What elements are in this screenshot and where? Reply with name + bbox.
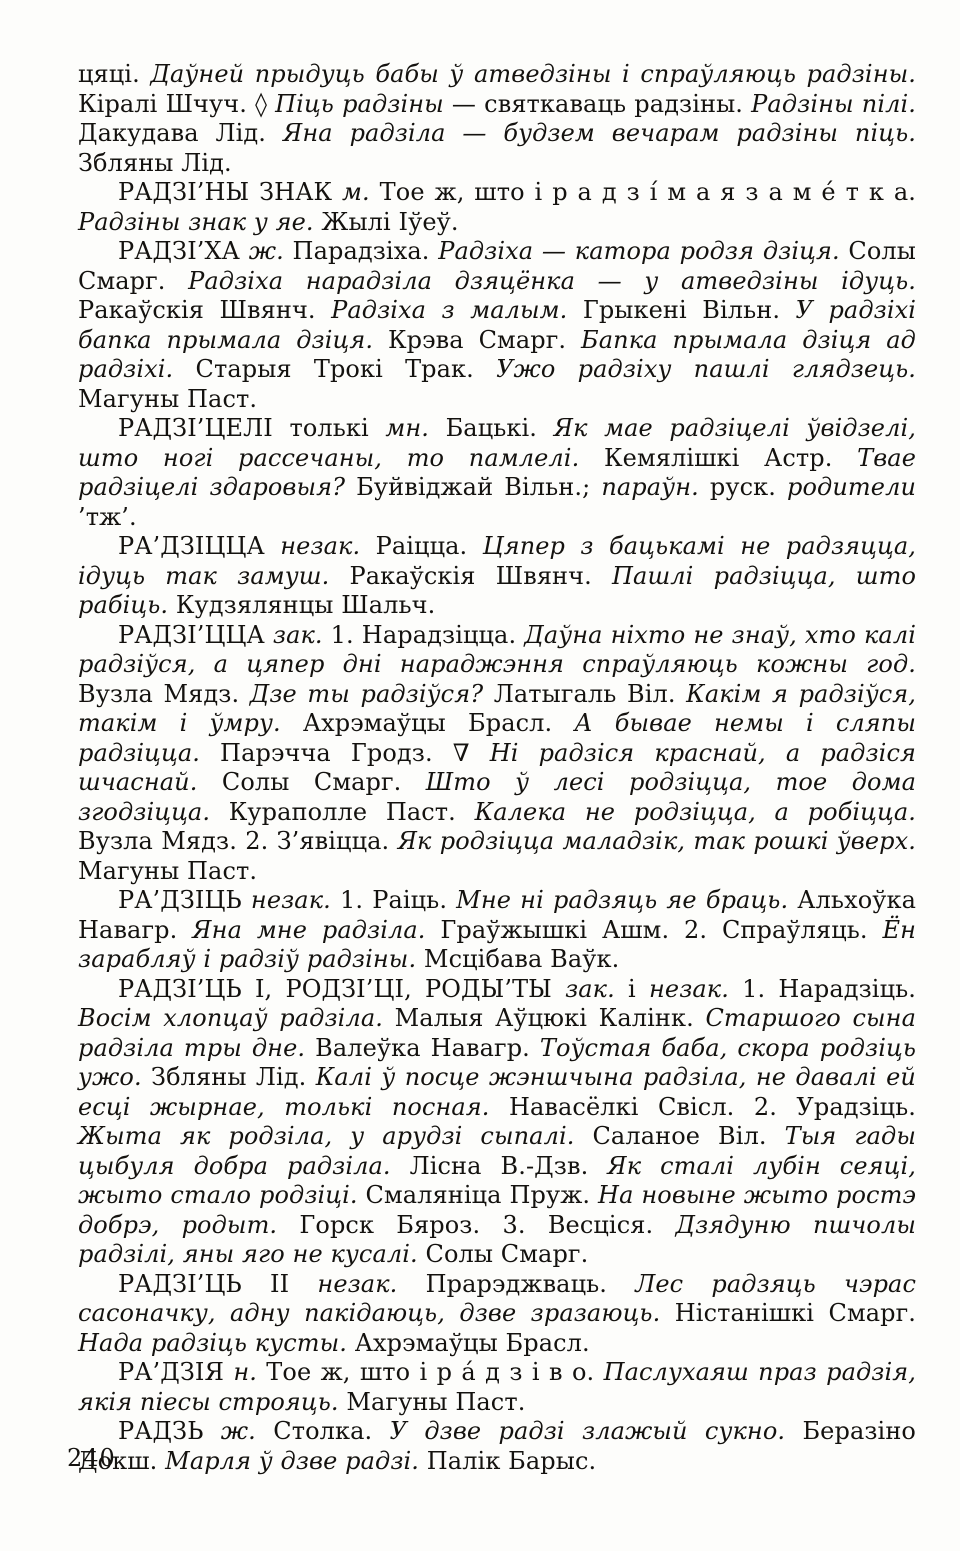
text-run: Старыя Трокі Трак. [173, 355, 496, 383]
example-italic: Нада радзіць кусты. [78, 1329, 347, 1357]
text-run: Палік Барыс. [419, 1447, 596, 1475]
text-run: Кудзялянцы Шальч. [168, 591, 435, 619]
entry-radz: РАДЗЬ ж. Столка. У дзве радзі злажый сук… [78, 1417, 916, 1476]
entry-radziya: РА’ДЗІЯ н. Тое ж, што і р а́ д з і в о. … [78, 1358, 916, 1417]
text-run: Жылі Іўеў. [314, 208, 459, 236]
text-run: Дакудава Лід. [78, 119, 283, 147]
example-italic: ж. [221, 1417, 256, 1445]
text-run: Граўжышкі Ашм. 2. Спраўляць. [426, 916, 883, 944]
text-run: Лісна В.-Дзв. [391, 1152, 608, 1180]
entry-radzits-nezak: РА’ДЗІЦЬ незак. 1. Раіць. Мне ні радзяць… [78, 886, 916, 975]
text-run: Солы Смарг. [197, 768, 425, 796]
text-run: Магуны Паст. [78, 385, 257, 413]
headword: РА’ДЗІЦЦА [118, 532, 280, 560]
text-run: Вузла Мядз. [78, 680, 250, 708]
example-italic: зак. [565, 975, 615, 1003]
text-run: Мсцібава Ваўк. [416, 945, 619, 973]
text-run: Збляны Лід. [142, 1063, 316, 1091]
text-run: Солы Смарг. [418, 1240, 589, 1268]
headword: РАДЗІ’ЦЕЛІ [118, 414, 273, 442]
text-run: Саланое Віл. [574, 1122, 784, 1150]
example-italic: Даўней прыдуць бабы ў атведзіны і спраўл… [150, 60, 916, 88]
example-italic: ж. [249, 237, 284, 265]
example-italic: Восім хлопцаў радзіла. [78, 1004, 383, 1032]
dictionary-text-block: цяці. Даўней прыдуць бабы ў атведзіны і … [78, 60, 916, 1476]
example-italic: незак. [280, 532, 360, 560]
text-run: цяці. [78, 60, 150, 88]
example-italic: Яна радзіла — будзем вечарам радзіны піц… [283, 119, 916, 147]
entry-radzits-ii: РАДЗІ’ЦЬ ІІ незак. Прарэджваць. Лес радз… [78, 1270, 916, 1359]
text-run: толькі [273, 414, 385, 442]
text-run: Латыгаль Віл. [483, 680, 686, 708]
example-italic: Мне ні радзяць яе браць. [456, 886, 788, 914]
entry-radzikha: РАДЗІ’ХА ж. Парадзіха. Радзіха — катора … [78, 237, 916, 414]
example-italic: незак. [649, 975, 729, 1003]
example-italic: Радзіха — катора родзя дзіця. [438, 237, 839, 265]
example-italic: м. [342, 178, 370, 206]
example-italic: Жыта як родзіла, у арудзі сыпалі. [78, 1122, 574, 1150]
dictionary-page: цяці. Даўней прыдуць бабы ў атведзіны і … [0, 0, 960, 1551]
entry-radzits-i: РАДЗІ’ЦЬ І, РОДЗІ’ЦІ, РОДЫ’ТЫ зак. і нез… [78, 975, 916, 1270]
text-run: 1. Нарадзіцца. [323, 621, 525, 649]
example-italic: родители [787, 473, 916, 501]
text-run: Столка. [256, 1417, 390, 1445]
text-run: 1. Раіць. [331, 886, 456, 914]
example-italic: мн. [385, 414, 429, 442]
text-run: Раіцца. [360, 532, 482, 560]
text-run: Тое ж, што і р а д з і́ м а я з а м е́ т… [370, 178, 916, 206]
text-run: Горск Бяроз. 3. Весціся. [277, 1211, 675, 1239]
text-run: Кемялішкі Астр. [579, 444, 857, 472]
text-run: Парэчча Гродз. ∇ [200, 739, 490, 767]
example-italic: Радзіха з малым. [331, 296, 567, 324]
example-italic: параўн. [601, 473, 699, 501]
text-run: Валеўка Навагр. [305, 1034, 540, 1062]
headword: РАДЗІ’НЫ ЗНАК [118, 178, 342, 206]
text-run: Магуны Паст. [78, 857, 257, 885]
text-run: Грыкені Вільн. [567, 296, 795, 324]
example-italic: Як родзіцца маладзік, так рошкі ўверх. [398, 827, 916, 855]
text-run: Навасёлкі Свісл. 2. Урадзіць. [490, 1093, 917, 1121]
entry-radzitseli: РАДЗІ’ЦЕЛІ толькі мн. Бацькі. Як мае рад… [78, 414, 916, 532]
headword: РАДЗІ’ЦЬ ІІ [118, 1270, 317, 1298]
page-number: 240 [67, 1444, 116, 1472]
text-run: Прарэджваць. [397, 1270, 635, 1298]
example-italic: Марля ў дзве радзі. [165, 1447, 419, 1475]
text-run: Бацькі. [429, 414, 554, 442]
text-run: 1. Нарадзіць. [729, 975, 916, 1003]
text-run: Магуны Паст. [339, 1388, 526, 1416]
text-run: Крэва Смарг. [373, 326, 581, 354]
example-italic: н. [233, 1358, 257, 1386]
example-italic: незак. [317, 1270, 397, 1298]
text-run: Вузла Мядз. 2. З’явіцца. [78, 827, 398, 855]
entry-radzitstsa-zak: РАДЗІ’ЦЦА зак. 1. Нарадзіцца. Даўна ніхт… [78, 621, 916, 887]
text-run: Кіралі Шчуч. ◊ [78, 90, 275, 118]
example-italic: Радзіны пілі. [751, 90, 916, 118]
example-italic: незак. [251, 886, 331, 914]
entry-continuation-radziny: цяці. Даўней прыдуць бабы ў атведзіны і … [78, 60, 916, 178]
headword: РА’ДЗІЯ [118, 1358, 233, 1386]
text-run: Збляны Лід. [78, 149, 232, 177]
example-italic: У дзве радзі злажый сукно. [390, 1417, 786, 1445]
example-italic: Ужо радзіху пашлі глядзець. [496, 355, 916, 383]
headword: РА’ДЗІЦЬ [118, 886, 251, 914]
text-run: Ракаўскія Швянч. [329, 562, 612, 590]
example-italic: Яна мне радзіла. [192, 916, 425, 944]
text-run: і [615, 975, 649, 1003]
text-run: — святкаваць радзіны. [444, 90, 751, 118]
example-italic: Дзе ты радзіўся? [250, 680, 483, 708]
text-run: руск. [699, 473, 787, 501]
headword: РАДЗІ’ХА [118, 237, 249, 265]
example-italic: Радзіха нарадзіла дзяцёнка — у атведзіны… [188, 267, 916, 295]
text-run: Ахрэмаўцы Брасл. [347, 1329, 590, 1357]
text-run: Парадзіха. [284, 237, 438, 265]
text-run: Буйвіджай Вільн.; [345, 473, 601, 501]
example-italic: зак. [273, 621, 323, 649]
text-run: ’тж’. [78, 503, 137, 531]
example-italic: Радзіны знак у яе. [78, 208, 314, 236]
text-run: Малыя Аўцюкі Калінк. [383, 1004, 706, 1032]
headword: РАДЗІ’ЦЦА [118, 621, 273, 649]
example-italic: Піць радзіны [275, 90, 444, 118]
entry-radziny-znak: РАДЗІ’НЫ ЗНАК м. Тое ж, што і р а д з і́… [78, 178, 916, 237]
entry-radzitstsa-nezak: РА’ДЗІЦЦА незак. Раіцца. Цяпер з бацькам… [78, 532, 916, 621]
text-run: Тое ж, што і р а́ д з і в о. [257, 1358, 604, 1386]
text-run: Ністанішкі Смарг. [660, 1299, 916, 1327]
text-run: Смаляніца Пруж. [358, 1181, 598, 1209]
text-run: Кураполле Паст. [210, 798, 475, 826]
headword: РАДЗІ’ЦЬ І, РОДЗІ’ЦІ, РОДЫ’ТЫ [118, 975, 565, 1003]
headword: РАДЗЬ [118, 1417, 221, 1445]
text-run: Ахрэмаўцы Брасл. [281, 709, 575, 737]
text-run: Ракаўскія Швянч. [78, 296, 331, 324]
example-italic: Калека не родзіцца, а робіцца. [475, 798, 916, 826]
